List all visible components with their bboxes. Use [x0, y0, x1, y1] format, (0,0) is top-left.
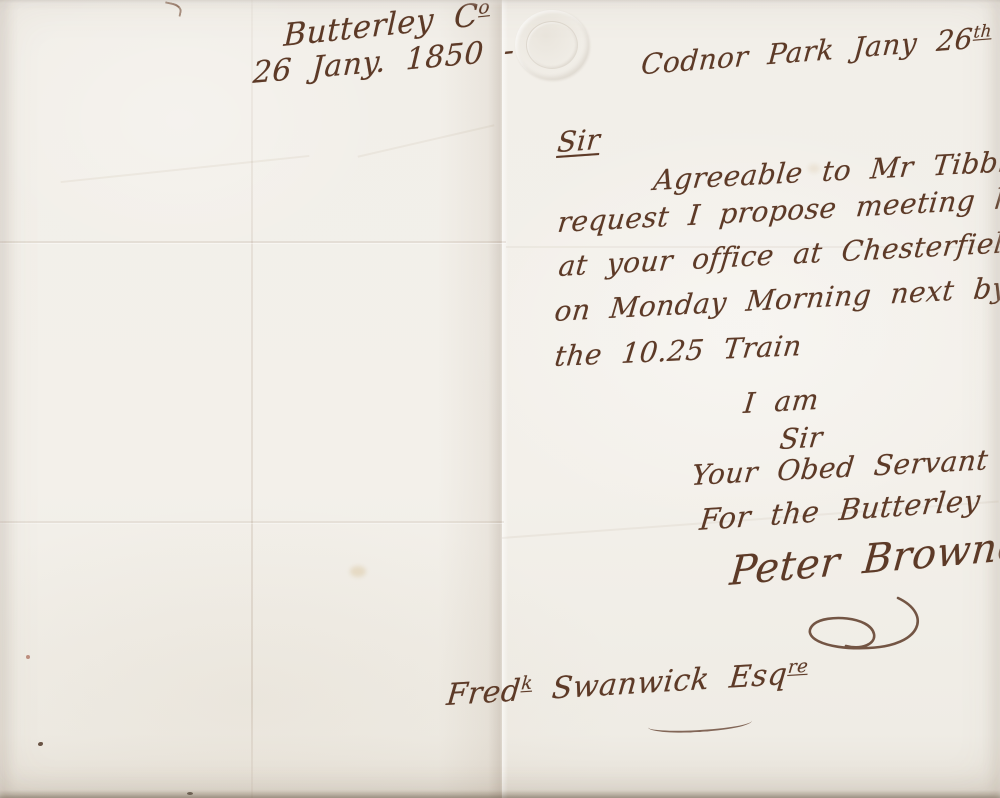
dateline-sup: th — [973, 20, 993, 42]
body-line-5: the 10.25 Train — [553, 329, 804, 373]
horizontal-fold-upper-left — [0, 241, 506, 243]
addressee-rest: Swanwick Esq — [530, 657, 789, 708]
horizontal-fold-lower-left — [0, 521, 504, 523]
addressee-first: Fred — [445, 673, 522, 713]
paper-crease — [358, 124, 495, 157]
addressee: Fredk Swanwick Esqre — [445, 656, 809, 713]
dateline-year: 1850 — [990, 13, 1000, 54]
salutation: Sir — [556, 123, 602, 159]
ink-speck — [38, 742, 43, 746]
addressee-underline-flourish — [648, 713, 753, 734]
paper-stain — [350, 566, 366, 577]
paper-edge-bottom — [0, 790, 1000, 798]
docket-company-sup: o — [478, 0, 490, 19]
paper-edge-top — [0, 0, 1000, 3]
embossed-seal — [515, 10, 589, 80]
addressee-rest-sup: re — [787, 656, 809, 678]
signature-name: Peter Browne — [728, 523, 1000, 595]
ink-speck — [26, 655, 30, 659]
dateline-place: Codnor Park Jany 26 — [640, 22, 974, 81]
closing-line-2: Sir — [778, 421, 824, 456]
scanned-letter: Butterley Co 26 Jany. 1850 - Codnor Park… — [0, 0, 1000, 798]
closing-line-1: I am — [742, 383, 821, 420]
ink-speck — [187, 792, 193, 795]
paper-crease — [61, 155, 310, 183]
ink-mark — [163, 1, 183, 16]
vertical-fold-left — [251, 0, 253, 798]
dateline: Codnor Park Jany 26th 1850 — [640, 13, 1000, 81]
